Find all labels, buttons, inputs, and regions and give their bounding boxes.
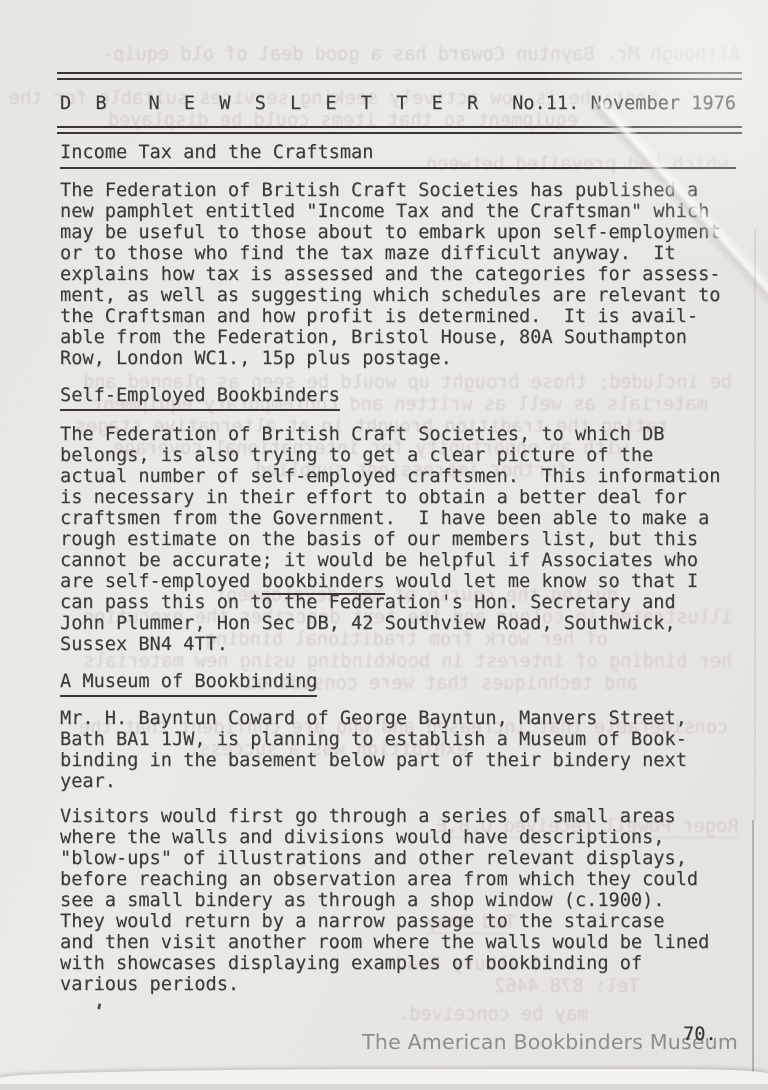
page-number: 70.: [683, 1024, 717, 1045]
showthrough-line: Although Mr. Bayntun Coward has a good d…: [102, 44, 740, 65]
section-heading-self-employed: Self-Employed Bookbinders: [60, 386, 340, 411]
scanner-background-strip: [0, 1084, 768, 1090]
page-edge-shadow-lower: [752, 820, 754, 1072]
page-edge-shadow-upper: [754, 230, 756, 820]
double-rule-top: [57, 72, 742, 80]
newsletter-scanned-page: Although Mr. Bayntun Coward has a good d…: [0, 0, 768, 1090]
section-heading-income-tax: Income Tax and the Craftsman: [60, 143, 736, 169]
paragraph-self-employed: The Federation of British Craft Societie…: [60, 424, 750, 655]
paragraph-text: The Federation of British Craft Societie…: [60, 424, 720, 592]
showthrough-line: may be conceived.: [398, 1004, 588, 1025]
section-heading-museum: A Museum of Bookbinding: [60, 672, 317, 697]
newsletter-title: D B N E W S L E T T E R: [60, 93, 485, 114]
double-rule-under-masthead: [57, 126, 742, 134]
paragraph-museum-1: Mr. H. Bayntun Coward of George Bayntun,…: [60, 708, 750, 792]
paragraph-income-tax: The Federation of British Craft Societie…: [60, 180, 750, 369]
stray-apostrophe-mark: ': [89, 998, 106, 1024]
masthead: D B N E W S L E T T E R No.11. November …: [60, 93, 736, 114]
paragraph-museum-2: Visitors would first go through a series…: [60, 806, 750, 995]
issue-number-date: No.11. November 1976: [512, 93, 736, 114]
archive-watermark: The American Bookbinders Museum: [362, 1030, 738, 1054]
